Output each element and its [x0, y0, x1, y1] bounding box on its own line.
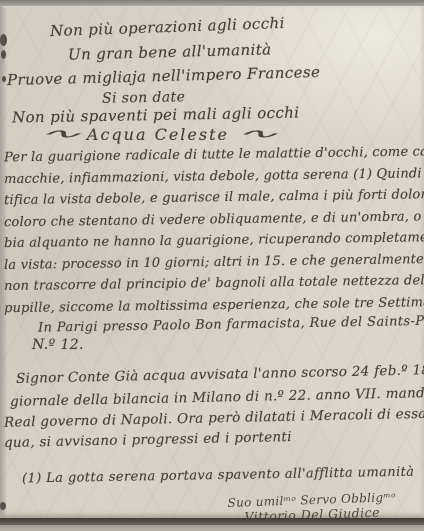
body-line: coloro che stentano di vedere obliquamen… — [4, 209, 424, 231]
address-number: N.º 12. — [32, 337, 84, 353]
paper-blemish — [0, 502, 6, 510]
paper-blemish — [1, 50, 6, 59]
opening-line-4: Si son date — [102, 89, 185, 106]
opening-line-2: Un gran bene all'umanità — [68, 40, 272, 63]
body-line: macchie, infiammazioni, vista debole, go… — [4, 166, 424, 187]
notice-line: Signor Conte Già acqua avvisata l'anno s… — [16, 361, 424, 387]
notice-line: giornale della bilancia in Milano di n.º… — [10, 384, 424, 410]
opening-line-1: Non più operazioni agli occhi — [50, 14, 285, 40]
page-title: Acqua Celeste — [87, 125, 229, 144]
manuscript-scan: Non più operazioni agli occhi Un gran be… — [0, 0, 424, 531]
flourish-right-icon: ∿ — [234, 127, 280, 142]
body-line: la vista: processo in 10 giorni; altri i… — [4, 252, 424, 273]
flourish-left-icon: ∿ — [37, 127, 83, 142]
title-row: ∿ Acqua Celeste ∿ — [32, 125, 284, 144]
scan-background-bottom — [0, 525, 424, 531]
paper-blemish — [2, 76, 6, 82]
body-line: non trascorre dal principio de' bagnoli … — [4, 273, 424, 294]
address-line: In Parigi presso Paolo Bon farmacista, R… — [38, 313, 424, 335]
body-line: bia alquanto ne hanno la guarigione, ric… — [4, 230, 424, 251]
notice-line: qua, si avvisano i progressi ed i porten… — [4, 429, 292, 451]
manuscript-paper: Non più operazioni agli occhi Un gran be… — [2, 6, 424, 518]
opening-line-5: Non più spaventi pei mali agli occhi — [12, 103, 300, 126]
notice-line: Real governo di Napoli. Ora però dilatat… — [4, 405, 424, 430]
body-line: tifica la vista debole, e guarisce il ma… — [4, 187, 424, 208]
opening-line-3: Pruove a migliaja nell'impero Francese — [7, 63, 321, 89]
footnote-line: (1) La gotta serena portava spavento all… — [22, 465, 415, 487]
body-line: pupille, siccome la moltissima esperienz… — [4, 295, 424, 316]
body-line: Per la guarigione radicale di tutte le m… — [4, 144, 424, 166]
paper-blemish — [0, 34, 7, 46]
